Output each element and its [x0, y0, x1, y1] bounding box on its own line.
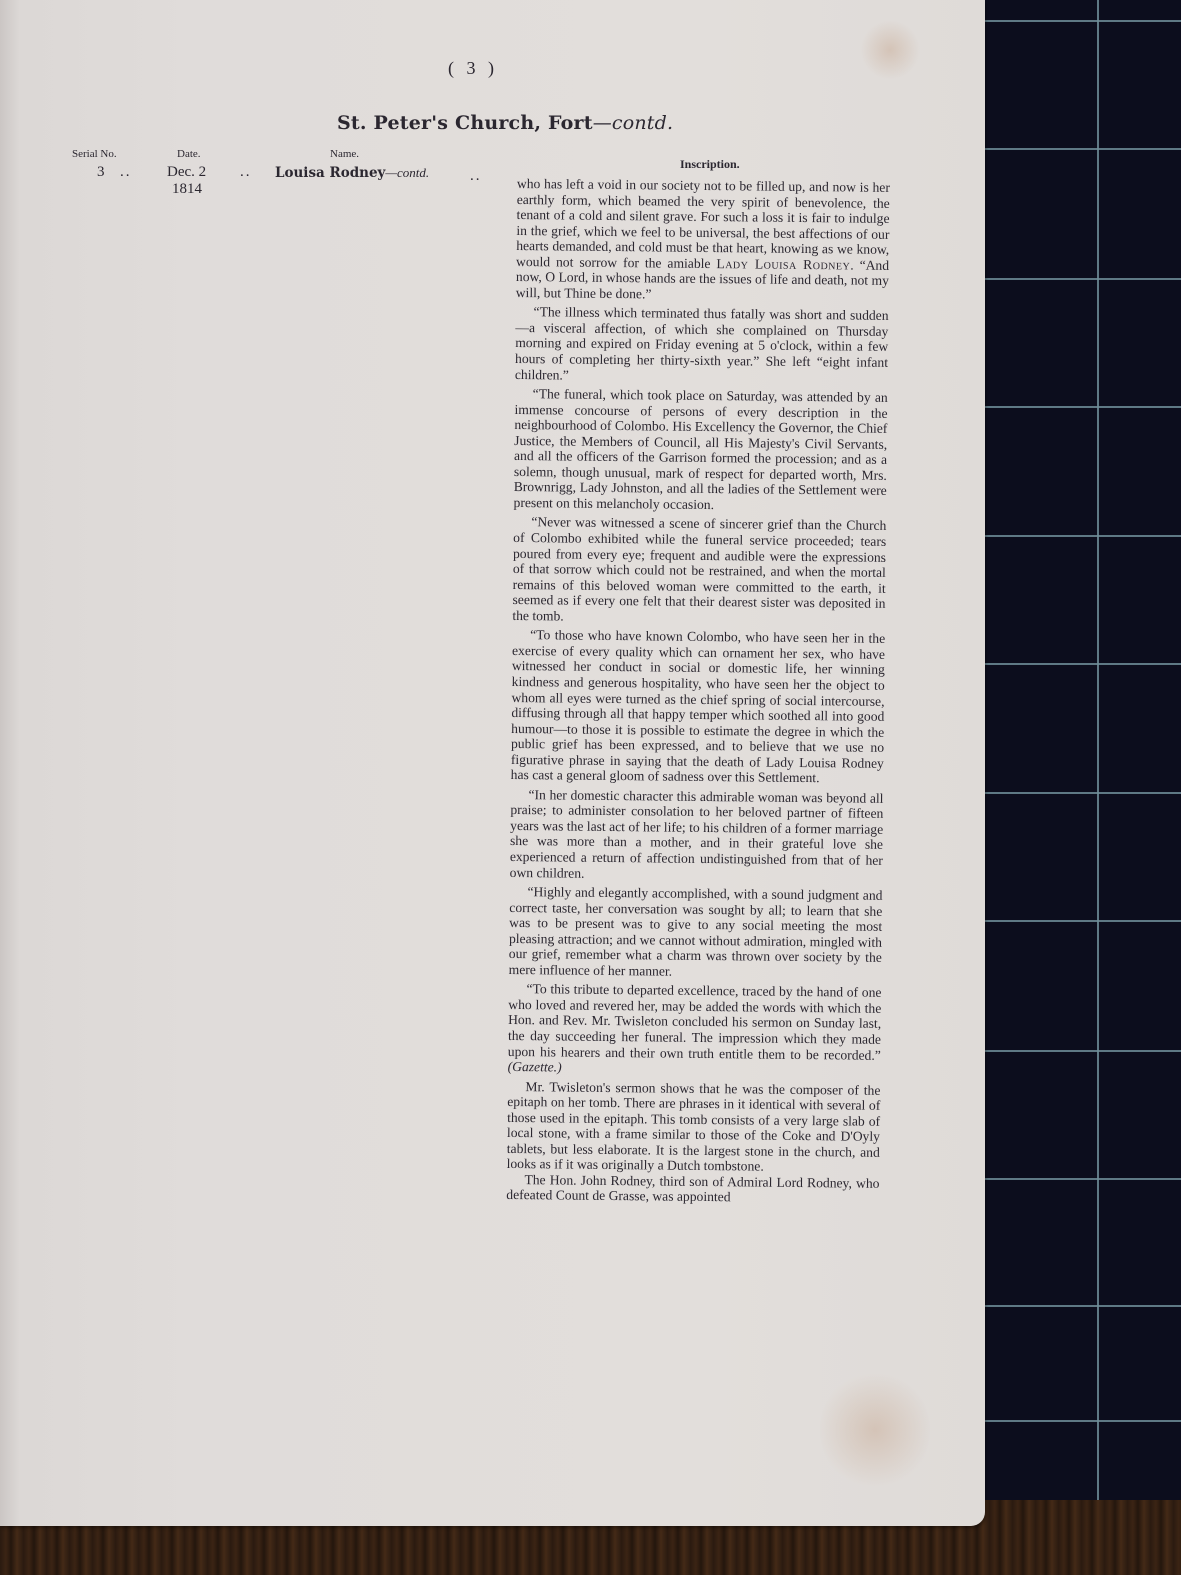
mat-grid-line — [1097, 0, 1099, 1500]
leader-dots: .. — [470, 168, 482, 185]
name-small-caps: Lady Louisa Rodney — [716, 256, 850, 272]
paper-stain — [820, 1370, 930, 1490]
page-title-suffix: —contd. — [593, 112, 674, 134]
entry-serial: 3 — [97, 164, 105, 181]
inscription-paragraph: “The illness which terminated thus fatal… — [515, 304, 889, 386]
paper-stain — [860, 20, 920, 80]
mat-grid-line — [960, 1420, 1181, 1422]
column-header-name: Name. — [330, 148, 359, 160]
inscription-paragraph: who has left a void in our society not t… — [516, 176, 890, 304]
document-page: ( 3 ) St. Peter's Church, Fort—contd. Se… — [0, 0, 985, 1526]
mat-grid-line — [960, 1178, 1181, 1180]
leader-dots: .. — [240, 164, 252, 181]
entry-date: Dec. 2 — [167, 164, 206, 181]
leader-dots: .. — [120, 164, 132, 181]
column-header-date: Date. — [177, 148, 201, 160]
mat-grid-line — [960, 1305, 1181, 1307]
mat-grid-line — [960, 20, 1181, 22]
page-number: ( 3 ) — [448, 58, 498, 79]
page-title-text: St. Peter's Church, Fort — [337, 112, 593, 134]
mat-grid-line — [960, 920, 1181, 922]
mat-grid-line — [960, 663, 1181, 665]
mat-grid-line — [960, 406, 1181, 408]
commentary-paragraph: The Hon. John Rodney, third son of Admir… — [506, 1172, 879, 1207]
page-title: St. Peter's Church, Fort—contd. — [337, 112, 673, 134]
entry-name: Louisa Rodney—contd. — [275, 165, 429, 182]
citation-gazette: (Gazette.) — [508, 1059, 562, 1075]
entry-name-suffix: —contd. — [385, 165, 429, 180]
inscription-text: who has left a void in our society not t… — [506, 176, 890, 1211]
column-header-inscription: Inscription. — [680, 157, 740, 172]
mat-grid-line — [960, 148, 1181, 150]
inscription-paragraph: “Never was witnessed a scene of sincerer… — [512, 514, 886, 627]
inscription-paragraph: “The funeral, which took place on Saturd… — [513, 386, 887, 514]
cutting-mat-background — [960, 0, 1181, 1500]
inscription-paragraph: “In her domestic character this admirabl… — [510, 787, 884, 884]
mat-grid-line — [960, 792, 1181, 794]
entry-name-text: Louisa Rodney — [275, 165, 385, 181]
inscription-paragraph: “Highly and elegantly accomplished, with… — [509, 884, 883, 981]
entry-year: 1814 — [172, 181, 202, 198]
mat-grid-line — [960, 1050, 1181, 1052]
mat-grid-line — [960, 278, 1181, 280]
column-header-serial: Serial No. — [72, 148, 117, 160]
mat-grid-line — [960, 535, 1181, 537]
inscription-paragraph: “To those who have known Colombo, who ha… — [511, 627, 886, 786]
inscription-paragraph: “To this tribute to departed excellence,… — [508, 981, 882, 1078]
commentary-paragraph: Mr. Twisleton's sermon shows that he was… — [507, 1079, 881, 1176]
